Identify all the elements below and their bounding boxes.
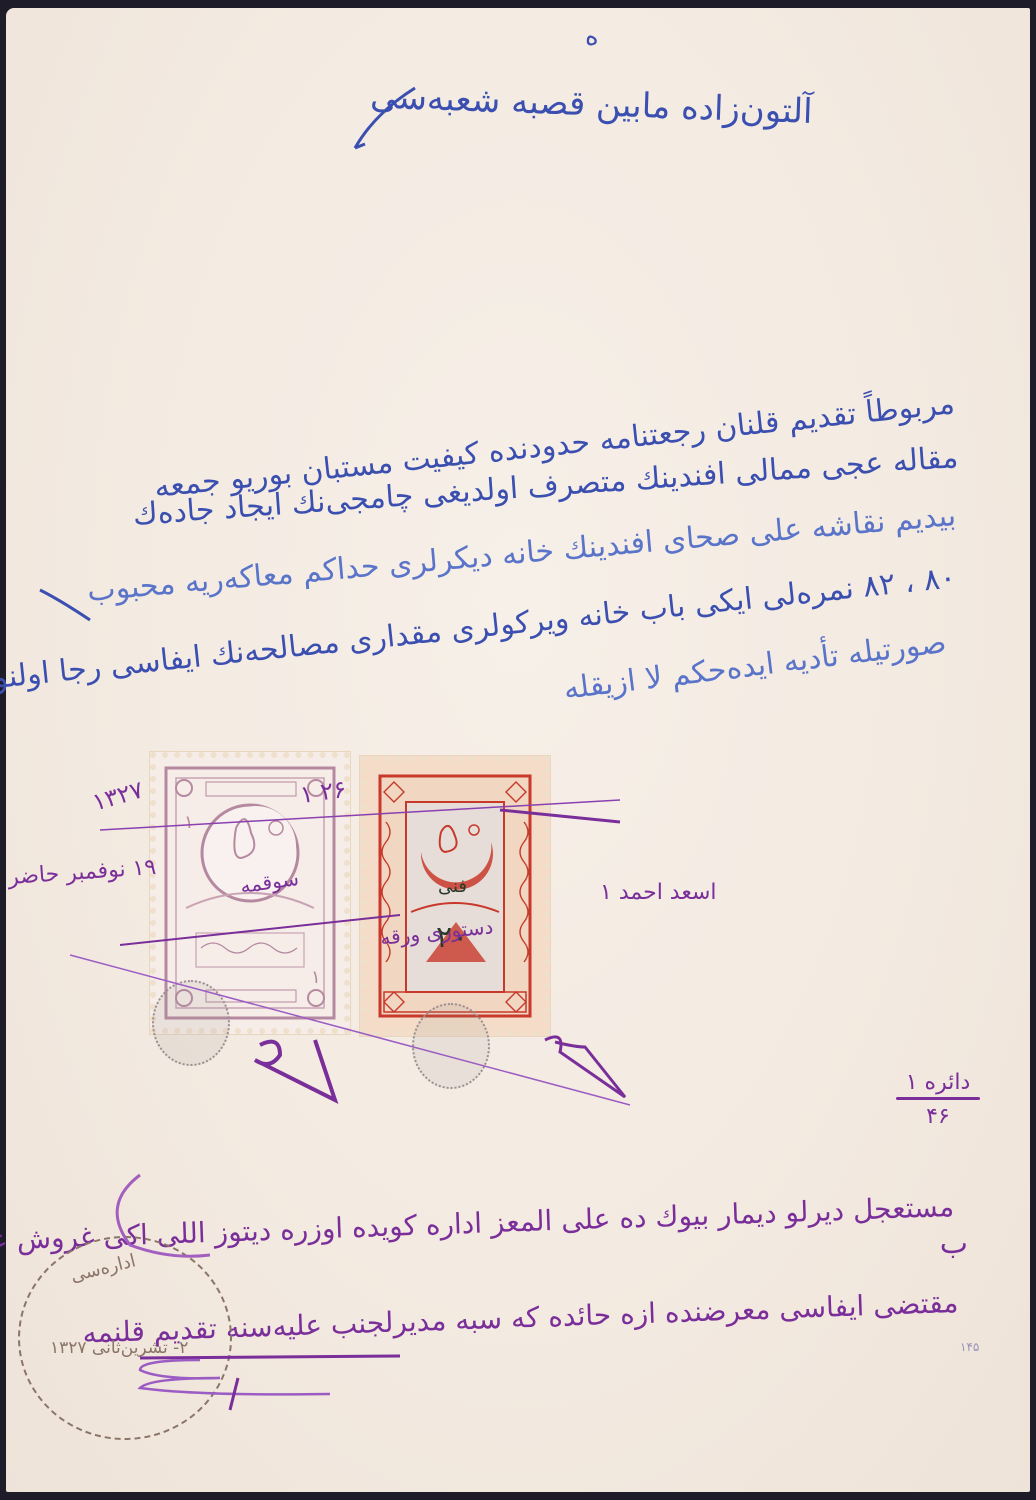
official-seal: اداره‌سی ۲- تشرین‌ثانی ۱۳۲۷ xyxy=(18,1236,232,1440)
reference-bottom: ۴۶ xyxy=(896,1104,980,1129)
seal-top-text: اداره‌سی xyxy=(68,1250,137,1286)
pencil-note: ۱۴۵ xyxy=(960,1340,979,1354)
revenue-stamp-2: ٢٠ فنى xyxy=(360,756,550,1036)
footer-marker: ب xyxy=(940,1226,968,1261)
header-mark: ه xyxy=(585,22,599,52)
reference-number: دائره ۱ ۴۶ xyxy=(896,1070,980,1129)
fraction-bar xyxy=(896,1097,980,1100)
tughra-crescent-icon: ٢٠ فنى xyxy=(366,762,544,1030)
cancellation-mark-1 xyxy=(152,980,230,1066)
svg-text:فنى: فنى xyxy=(438,876,467,897)
seal-date: ۲- تشرین‌ثانی ۱۳۲۷ xyxy=(50,1338,188,1358)
signer-name: اسعد احمد ۱ xyxy=(600,880,717,905)
svg-text:١: ١ xyxy=(184,812,194,833)
reference-top: دائره ۱ xyxy=(896,1070,980,1095)
svg-text:١: ١ xyxy=(311,967,321,988)
cancellation-mark-2 xyxy=(412,1003,490,1089)
